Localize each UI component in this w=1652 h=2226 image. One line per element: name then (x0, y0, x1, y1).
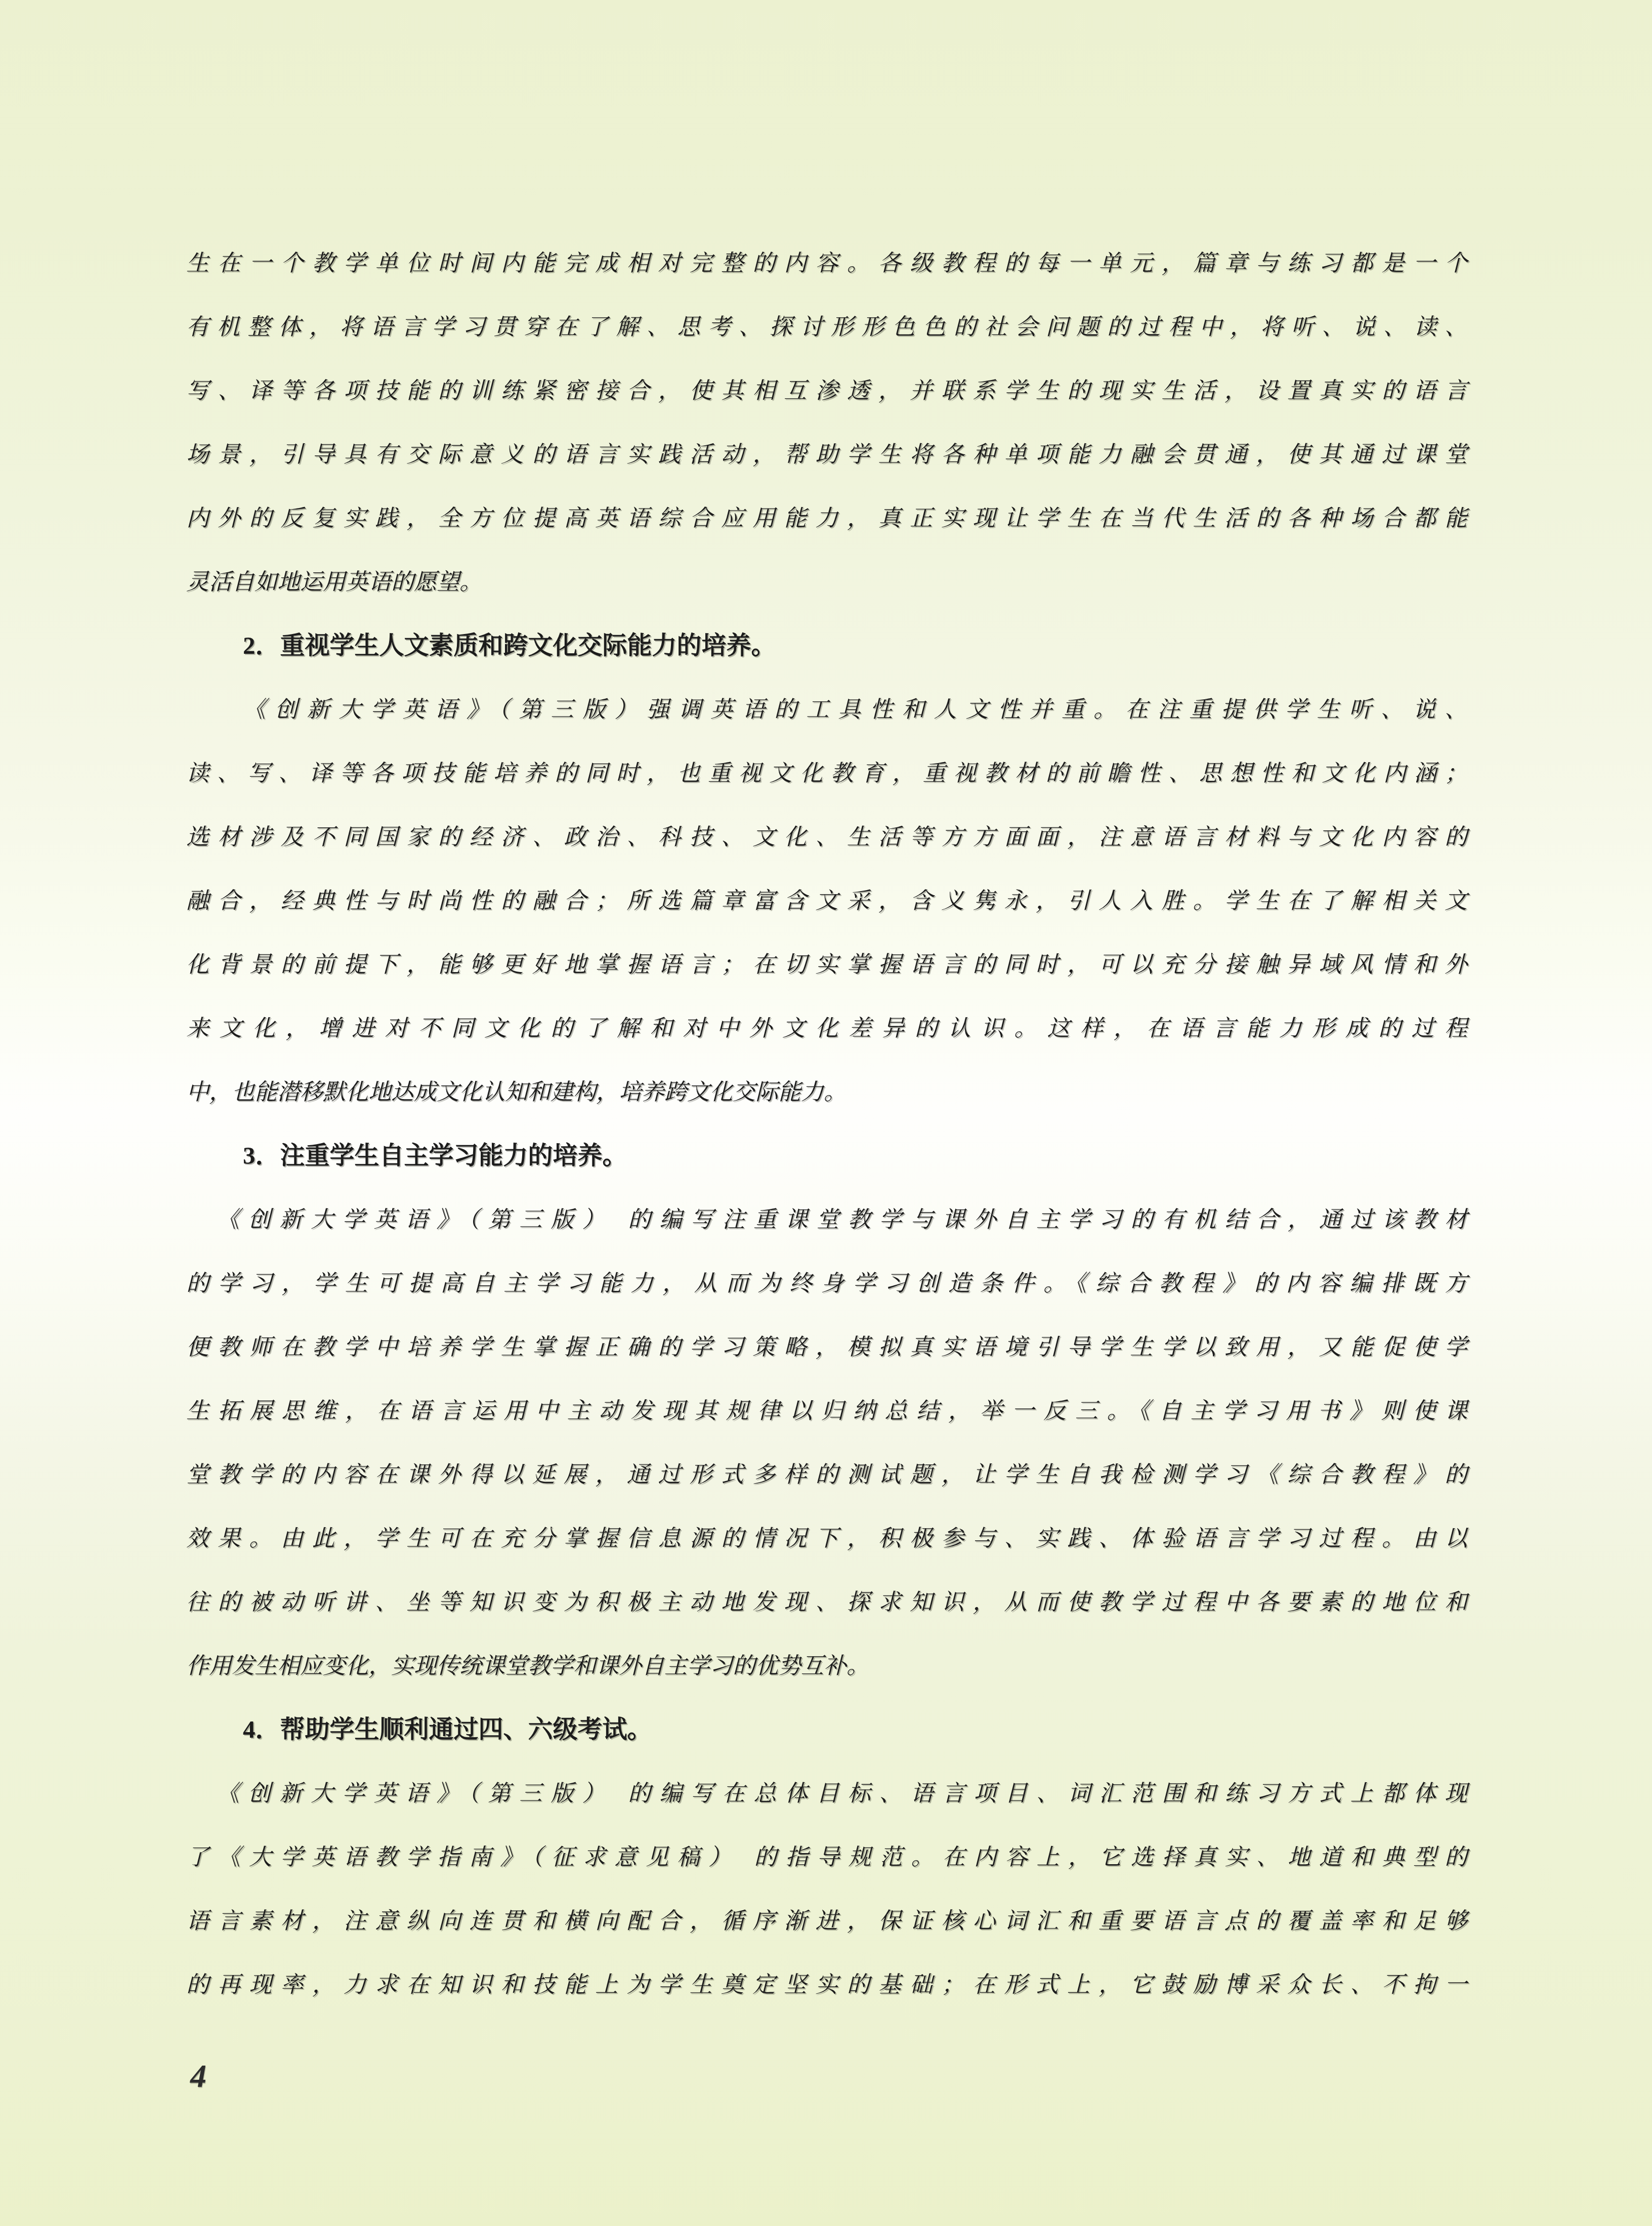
body-text-line: 《创新大学英语》（第三版） 的编写在总体目标、语言项目、词汇范围和练习方式上都体… (186, 1761, 1467, 1825)
body-text-line: 《创新大学英语》（第三版）强调英语的工具性和人文性并重。在注重提供学生听、说、 (186, 678, 1467, 741)
body-text-line: 往的被动听讲、坐等知识变为积极主动地发现、探求知识，从而使教学过程中各要素的地位… (186, 1570, 1467, 1634)
body-text-line: 写、译等各项技能的训练紧密接合，使其相互渗透，并联系学生的现实生活，设置真实的语… (186, 359, 1467, 423)
heading-line: 2．重视学生人文素质和跨文化交际能力的培养。 (186, 614, 1467, 678)
body-text-line: 《创新大学英语》（第三版） 的编写注重课堂教学与课外自主学习的有机结合，通过该教… (186, 1188, 1467, 1251)
body-text-line: 场景，引导具有交际意义的语言实践活动，帮助学生将各种单项能力融会贯通，使其通过课… (186, 423, 1467, 486)
body-text-line: 生在一个教学单位时间内能完成相对完整的内容。各级教程的每一单元，篇章与练习都是一… (186, 231, 1467, 295)
body-text-line: 的学习，学生可提高自主学习能力，从而为终身学习创造条件。《综合教程》的内容编排既… (186, 1251, 1467, 1315)
body-text-line: 便教师在教学中培养学生掌握正确的学习策略，模拟真实语境引导学生学以致用，又能促使… (186, 1315, 1467, 1379)
body-text-line: 有机整体，将语言学习贯穿在了解、思考、探讨形形色色的社会问题的过程中，将听、说、… (186, 295, 1467, 359)
text-column: 生在一个教学单位时间内能完成相对完整的内容。各级教程的每一单元，篇章与练习都是一… (186, 231, 1467, 2017)
body-text-line: 化背景的前提下，能够更好地掌握语言；在切实掌握语言的同时，可以充分接触异域风情和… (186, 933, 1467, 996)
body-text-line: 来文化，增进对不同文化的了解和对中外文化差异的认识。这样，在语言能力形成的过程 (186, 996, 1467, 1060)
body-text-line: 选材涉及不同国家的经济、政治、科技、文化、生活等方方面面，注意语言材料与文化内容… (186, 805, 1467, 869)
body-text-line: 作用发生相应变化，实现传统课堂教学和课外自主学习的优势互补。 (186, 1634, 1467, 1698)
body-text-line: 的再现率，力求在知识和技能上为学生奠定坚实的基础；在形式上，它鼓励博采众长、不拘… (186, 1953, 1467, 2017)
body-text-line: 融合，经典性与时尚性的融合；所选篇章富含文采，含义隽永，引人入胜。学生在了解相关… (186, 869, 1467, 933)
body-text-line: 内外的反复实践，全方位提高英语综合应用能力，真正实现让学生在当代生活的各种场合都… (186, 486, 1467, 550)
heading-line: 3．注重学生自主学习能力的培养。 (186, 1124, 1467, 1188)
heading-line: 4．帮助学生顺利通过四、六级考试。 (186, 1698, 1467, 1761)
body-text-line: 效果。由此，学生可在充分掌握信息源的情况下，积极参与、实践、体验语言学习过程。由… (186, 1506, 1467, 1570)
body-text-line: 读、写、译等各项技能培养的同时，也重视文化教育，重视教材的前瞻性、思想性和文化内… (186, 741, 1467, 805)
body-text-line: 灵活自如地运用英语的愿望。 (186, 550, 1467, 614)
document-page: 生在一个教学单位时间内能完成相对完整的内容。各级教程的每一单元，篇章与练习都是一… (0, 0, 1652, 2226)
body-text-line: 语言素材，注意纵向连贯和横向配合，循序渐进，保证核心词汇和重要语言点的覆盖率和足… (186, 1889, 1467, 1953)
body-text-line: 中，也能潜移默化地达成文化认知和建构，培养跨文化交际能力。 (186, 1060, 1467, 1124)
body-text-line: 了《大学英语教学指南》（征求意见稿） 的指导规范。在内容上，它选择真实、地道和典… (186, 1825, 1467, 1889)
body-text-line: 生拓展思维，在语言运用中主动发现其规律以归纳总结，举一反三。《自主学习用书》则使… (186, 1379, 1467, 1443)
body-text-line: 堂教学的内容在课外得以延展，通过形式多样的测试题，让学生自我检测学习《综合教程》… (186, 1443, 1467, 1506)
page-number: 4 (190, 2057, 206, 2095)
